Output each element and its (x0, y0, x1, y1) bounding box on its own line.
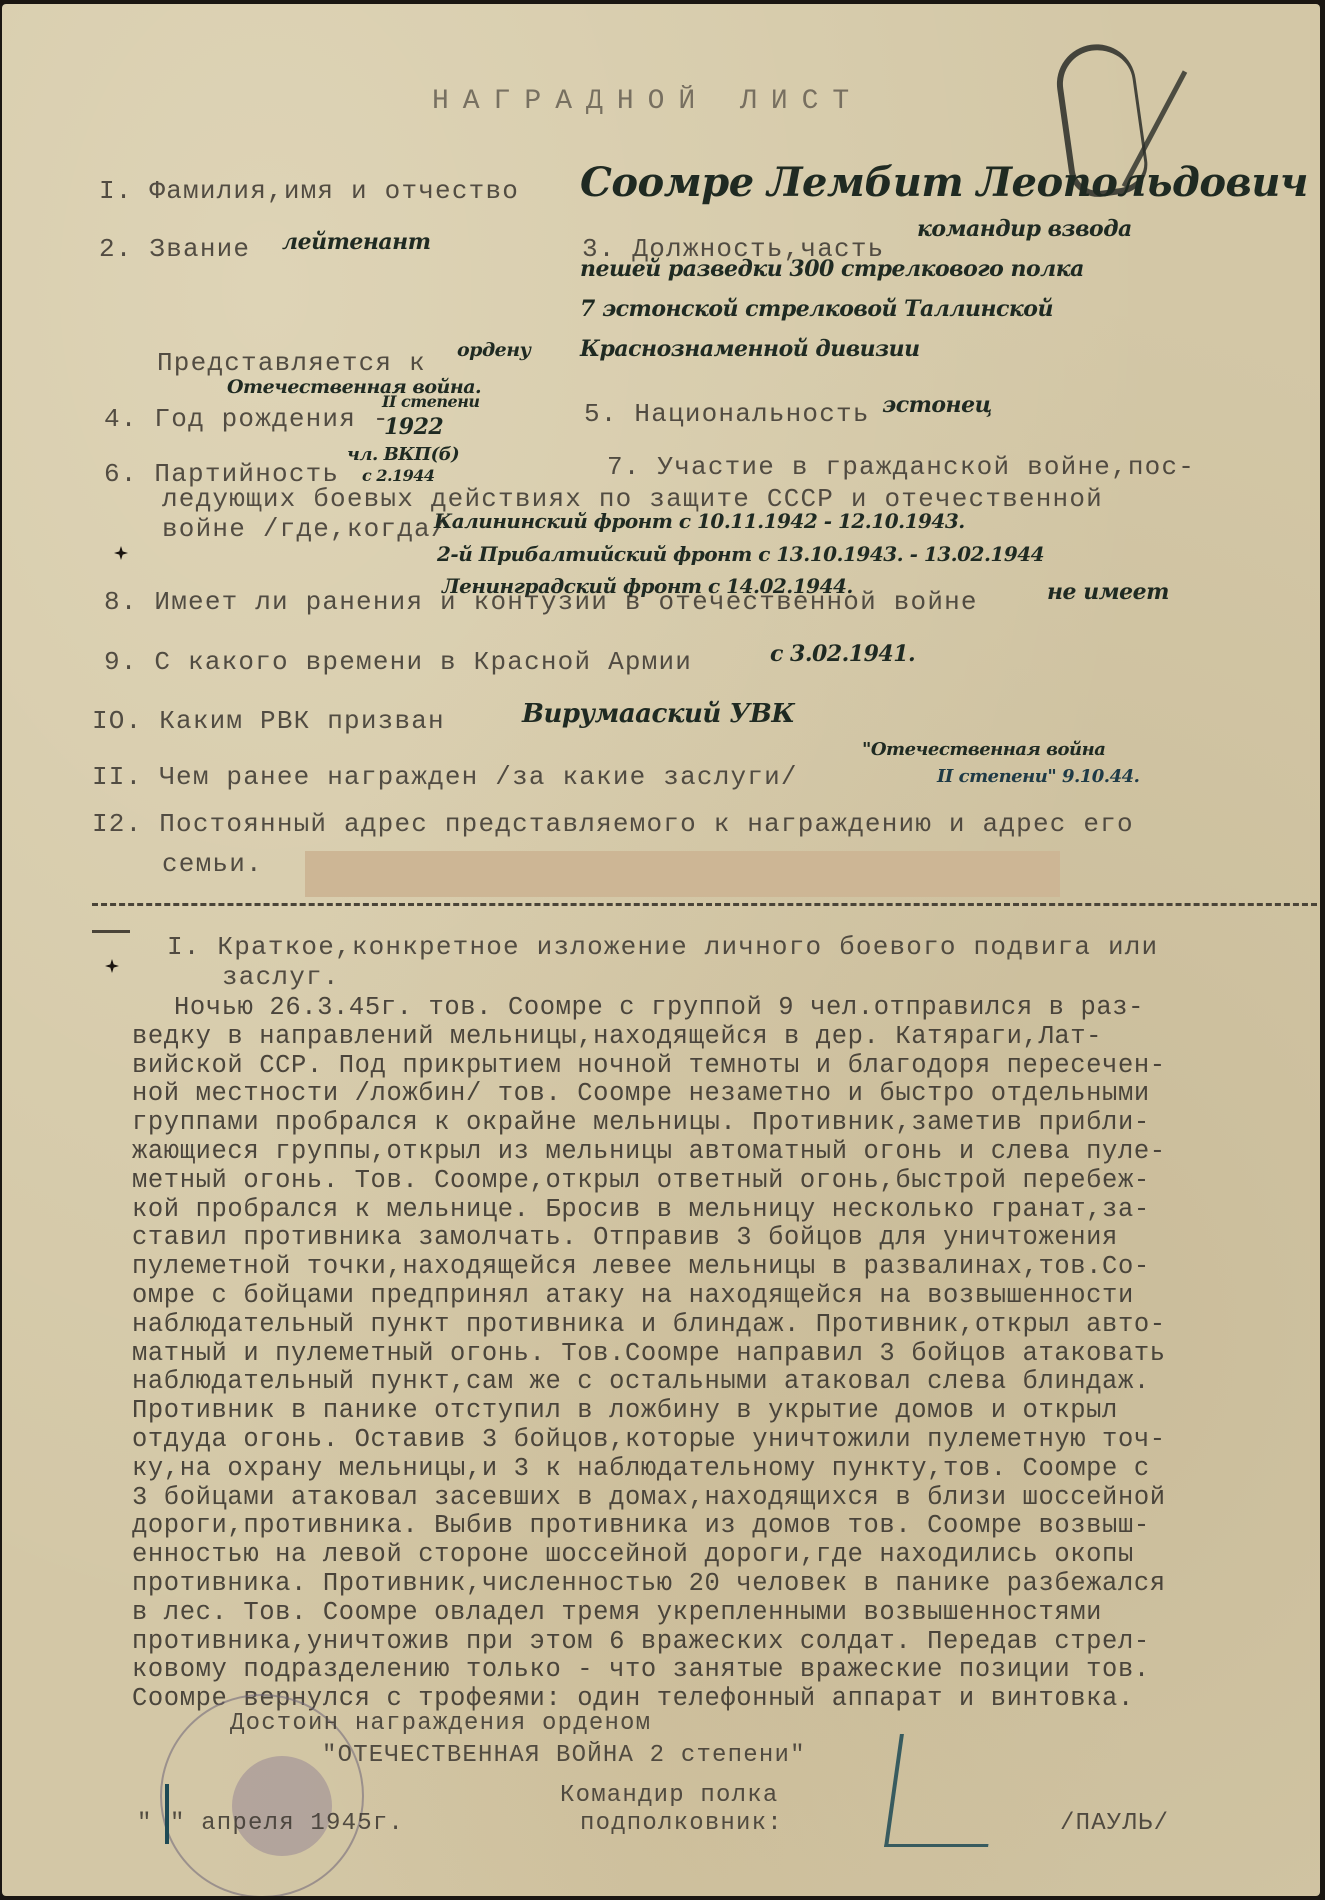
redacted-address (305, 851, 1060, 897)
narrative-line: вийской ССР. Под прикрытием ночной темно… (132, 1052, 1302, 1081)
narrative-line: противника,уничтожив при этом 6 вражески… (132, 1628, 1302, 1657)
field-4-label: 4. Год рождения - (104, 404, 390, 434)
section-heading-2: заслуг. (222, 962, 340, 992)
narrative-line: группами пробрался к окрайне мельницы. П… (132, 1109, 1302, 1138)
field-10-value: Вирумааский УВК (522, 699, 795, 729)
narrative-line: в лес. Тов. Соомре овладел тремя укрепле… (132, 1599, 1302, 1628)
field-7-label: 7. Участие в гражданской войне,пос- (607, 452, 1195, 482)
field-8-value: не имеет (1047, 579, 1169, 605)
field-2-label: 2. Звание (99, 234, 250, 264)
section-heading: I. Краткое,конкретное изложение личного … (167, 932, 1158, 962)
narrative-block: Ночью 26.3.45г. тов. Соомре с группой 9 … (132, 994, 1302, 1714)
narrative-line: ставил противника замолчать. Отправив 3 … (132, 1224, 1302, 1253)
field-1-value: Соомре Лембит Леопольдович (580, 159, 1308, 206)
presented-for-value: ордену (457, 339, 530, 361)
narrative-line: ку,на охрану мельницы,и 3 к наблюдательн… (132, 1455, 1302, 1484)
signature (884, 1734, 1004, 1847)
conclusion-order: "ОТЕЧЕСТВЕННАЯ ВОЙНА 2 степени" (322, 1742, 806, 1769)
narrative-line: наблюдательный пункт,сам же с остальными… (132, 1368, 1302, 1397)
field-2-value: лейтенант (282, 229, 430, 255)
stamp-emblem (232, 1756, 332, 1856)
narrative-line: енностью на левой стороне шоссейной доро… (132, 1541, 1302, 1570)
award-sheet-page: НАГРАДНОЙ ЛИСТ I. Фамилия,имя и отчество… (2, 4, 1320, 1896)
field-6-value-2: с 2.1944 (362, 466, 435, 485)
narrative-line: пулеметной точки,находящейся левее мельн… (132, 1253, 1302, 1282)
narrative-line: 3 бойцами атаковал засевших в домах,нахо… (132, 1484, 1302, 1513)
narrative-line: матный и пулеметный огонь. Тов.Соомре на… (132, 1340, 1302, 1369)
margin-tick (92, 930, 130, 933)
date-text: " апреля 1945г. (170, 1810, 404, 1837)
field-12-label-2: семьи. (162, 849, 263, 879)
field-3-value-line: командир взвода (917, 216, 1132, 242)
field-5-value: эстонец (882, 392, 992, 418)
field-7-value-line: 2-й Прибалтийский фронт с 13.10.1943. - … (437, 542, 1044, 566)
field-1-label: I. Фамилия,имя и отчество (99, 176, 519, 206)
narrative-line: Ночью 26.3.45г. тов. Соомре с группой 9 … (132, 994, 1302, 1023)
narrative-line: наблюдательный пункт противника и блинда… (132, 1311, 1302, 1340)
narrative-line: дороги,противника. Выбив противника из д… (132, 1512, 1302, 1541)
narrative-line: противника. Противник,численностью 20 че… (132, 1570, 1302, 1599)
field-8-label: 8. Имеет ли ранения и контузии в отечест… (104, 587, 978, 617)
field-7-label-3: войне /где,когда/ (162, 514, 448, 544)
narrative-line: отдуда огонь. Оставив 3 бойцов,которые у… (132, 1426, 1302, 1455)
field-11-label: II. Чем ранее награжден /за какие заслуг… (92, 762, 798, 792)
narrative-line: жающиеся группы,открыл из мельницы автом… (132, 1138, 1302, 1167)
field-11-value-2: II степени" 9.10.44. (937, 766, 1139, 787)
document-title: НАГРАДНОЙ ЛИСТ (432, 86, 863, 117)
field-10-label: IO. Каким РВК призван (92, 706, 445, 736)
conclusion-line: Достоин награждения орденом (230, 1710, 651, 1737)
punch-hole (114, 546, 128, 560)
field-7-value-line: Калининский фронт с 10.11.1942 - 12.10.1… (434, 509, 965, 533)
narrative-line: метный огонь. Тов. Соомре,открыл ответны… (132, 1167, 1302, 1196)
narrative-line: ной местности /ложбин/ тов. Соомре незам… (132, 1080, 1302, 1109)
narrative-line: омре с бойцами предпринял атаку на наход… (132, 1282, 1302, 1311)
field-9-label: 9. С какого времени в Красной Армии (104, 647, 692, 677)
field-5-label: 5. Национальность (584, 399, 870, 429)
narrative-line: Противник в панике отступил в ложбину в … (132, 1397, 1302, 1426)
narrative-line: ковому подразделению только - что заняты… (132, 1656, 1302, 1685)
field-4-value: 1922 (384, 414, 443, 440)
date-day-handwritten (165, 1784, 169, 1844)
narrative-line: кой пробрался к мельнице. Бросив в мельн… (132, 1196, 1302, 1225)
presented-for-label: Представляется к (157, 348, 426, 378)
field-4-value-top: II степени (382, 392, 480, 411)
field-3-value-line: Краснознаменной дивизии (580, 336, 920, 362)
separator-line (92, 903, 1317, 906)
field-3-value-line: пешей разведки 300 стрелкового полка (580, 256, 1084, 282)
signer-name: /ПАУЛЬ/ (1060, 1810, 1169, 1837)
narrative-line: ведку в направлений мельницы,находящейся… (132, 1023, 1302, 1052)
field-12-label: I2. Постоянный адрес представляемого к н… (92, 809, 1134, 839)
field-3-value-line: 7 эстонской стрелковой Таллинской (580, 296, 1053, 322)
field-6-value: чл. ВКП(б) (347, 444, 459, 465)
signer-rank: подполковник: (580, 1810, 783, 1837)
punch-hole (105, 959, 119, 973)
signer-title: Командир полка (560, 1782, 778, 1809)
date-quote-open: " (137, 1810, 153, 1837)
field-9-value: с 3.02.1941. (770, 641, 915, 667)
field-11-value: "Отечественная война (862, 739, 1105, 760)
